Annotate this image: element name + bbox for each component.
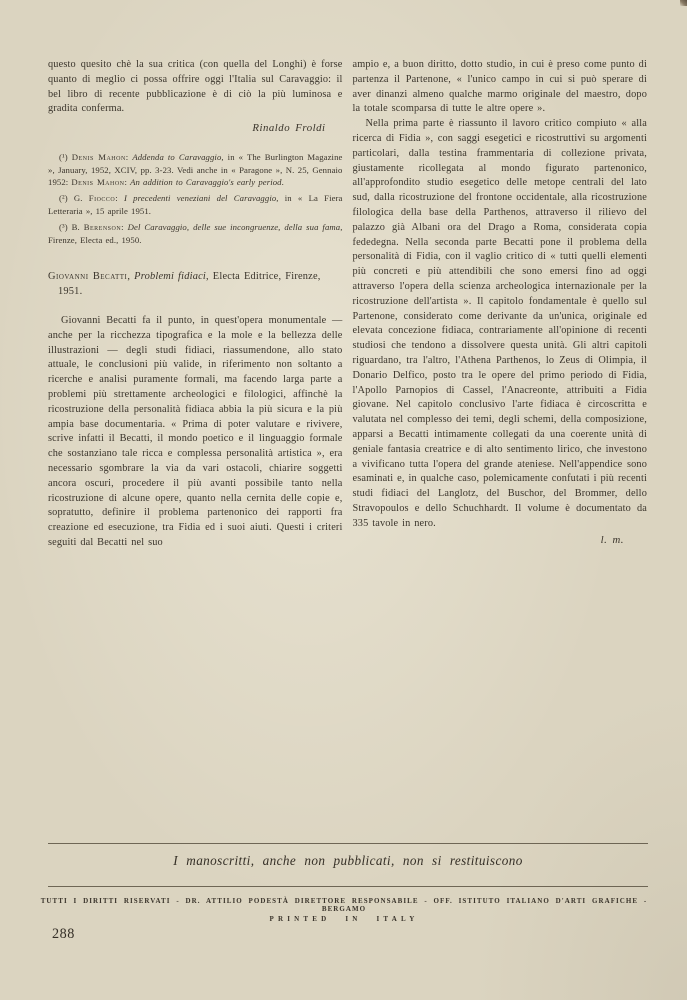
footnotes-section: (¹) Denis Mahon: Addenda to Caravaggio, … <box>48 151 343 246</box>
left-column: questo quesito chè la sua critica (con q… <box>48 58 343 551</box>
reviewer-initials: l. m. <box>353 534 648 546</box>
footer-rule-bottom <box>48 886 648 887</box>
footnote-2: (²) G. Fiocco: I precedenti veneziani de… <box>48 192 343 217</box>
footnote-3: (³) B. Berenson: Del Caravaggio, delle s… <box>48 221 343 246</box>
footnote-1: (¹) Denis Mahon: Addenda to Caravaggio, … <box>48 151 343 188</box>
printed-in-italy-line: PRINTED IN ITALY <box>24 915 664 923</box>
manuscript-notice: I manoscritti, anche non pubblicati, non… <box>48 853 648 869</box>
two-column-text-block: questo quesito chè la sua critica (con q… <box>48 58 647 551</box>
intro-paragraph-continuation: questo quesito chè la sua critica (con q… <box>48 58 343 117</box>
author-signature: Rinaldo Froldi <box>48 122 343 134</box>
book-review-heading: Giovanni Becatti, Problemi fidiaci, Elec… <box>48 269 343 299</box>
right-column: ampio e, a buon diritto, dotto studio, i… <box>353 58 648 551</box>
scanned-journal-page: questo quesito chè la sua critica (con q… <box>0 0 687 1000</box>
page-number: 288 <box>52 926 75 943</box>
review-second-paragraph: Nella prima parte è riassunto il lavoro … <box>353 117 648 531</box>
rights-credits-line: TUTTI I DIRITTI RISERVATI - DR. ATTILIO … <box>24 897 664 913</box>
scan-edge-artifact <box>680 0 687 6</box>
review-body-paragraph: Giovanni Becatti fa il punto, in quest'o… <box>48 314 343 551</box>
footer-rule-top <box>48 843 648 844</box>
continued-paragraph: ampio e, a buon diritto, dotto studio, i… <box>353 58 648 117</box>
